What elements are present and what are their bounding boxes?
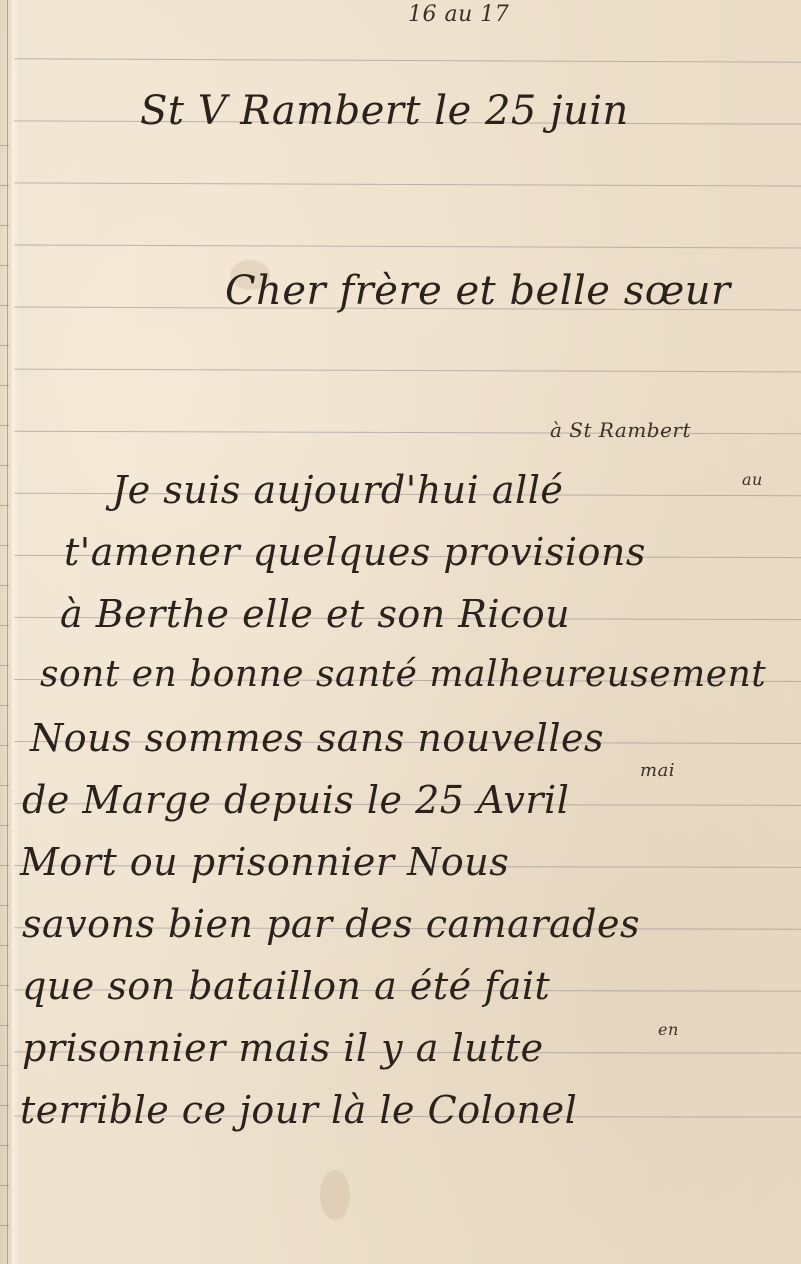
body-line-10: prisonnier mais il y a lutte (22, 1026, 544, 1070)
ruled-line (14, 369, 801, 373)
margin-tick (0, 625, 9, 626)
body-line-9: que son bataillon a été fait (22, 964, 550, 1008)
body-line-1: Je suis aujourd'hui allé (112, 468, 563, 512)
margin-tick (0, 345, 9, 346)
greeting: Cher frère et belle sœur (225, 268, 731, 314)
top-annotation: 16 au 17 (408, 2, 509, 27)
margin-tick (0, 785, 9, 786)
insert-st-rambert: à St Rambert (550, 418, 691, 442)
insert-mai: mai (640, 760, 675, 781)
body-line-7: Mort ou prisonnier Nous (20, 840, 509, 884)
ruled-line (14, 58, 801, 62)
paper-fold (12, 0, 20, 1264)
paper-stain (320, 1170, 350, 1220)
margin-tick (0, 985, 9, 986)
margin-rule (7, 0, 8, 1264)
margin-tick (0, 745, 9, 746)
margin-tick (0, 425, 9, 426)
margin-tick (0, 225, 9, 226)
body-line-5: Nous sommes sans nouvelles (30, 716, 604, 760)
insert-au: au (742, 470, 763, 489)
ruled-line (14, 244, 801, 248)
margin-tick (0, 385, 9, 386)
body-line-6: de Marge depuis le 25 Avril (22, 778, 569, 822)
body-line-3: à Berthe elle et son Ricou (60, 592, 570, 636)
margin-tick (0, 145, 9, 146)
margin-tick (0, 1065, 9, 1066)
margin-tick (0, 265, 9, 266)
margin-tick (0, 185, 9, 186)
margin-tick (0, 705, 9, 706)
margin-tick (0, 865, 9, 866)
letter-page: 16 au 17 St V Rambert le 25 juin Cher fr… (0, 0, 801, 1264)
body-line-11: terrible ce jour là le Colonel (20, 1088, 577, 1132)
margin-tick (0, 825, 9, 826)
margin-tick (0, 1105, 9, 1106)
margin-tick (0, 465, 9, 466)
insert-en: en (658, 1020, 679, 1039)
margin-tick (0, 585, 9, 586)
margin-tick (0, 665, 9, 666)
margin-tick (0, 905, 9, 906)
margin-tick (0, 545, 9, 546)
body-line-8: savons bien par des camarades (22, 902, 640, 946)
margin-tick (0, 305, 9, 306)
body-line-4: sont en bonne santé malheureusement (40, 654, 766, 695)
margin-tick (0, 1225, 9, 1226)
margin-tick (0, 945, 9, 946)
margin-tick (0, 505, 9, 506)
ruled-line (14, 182, 801, 186)
body-line-2: t'amener quelques provisions (64, 530, 646, 574)
margin-tick (0, 1145, 9, 1146)
margin-tick (0, 1025, 9, 1026)
margin-tick (0, 1185, 9, 1186)
place-date: St V Rambert le 25 juin (140, 88, 629, 134)
